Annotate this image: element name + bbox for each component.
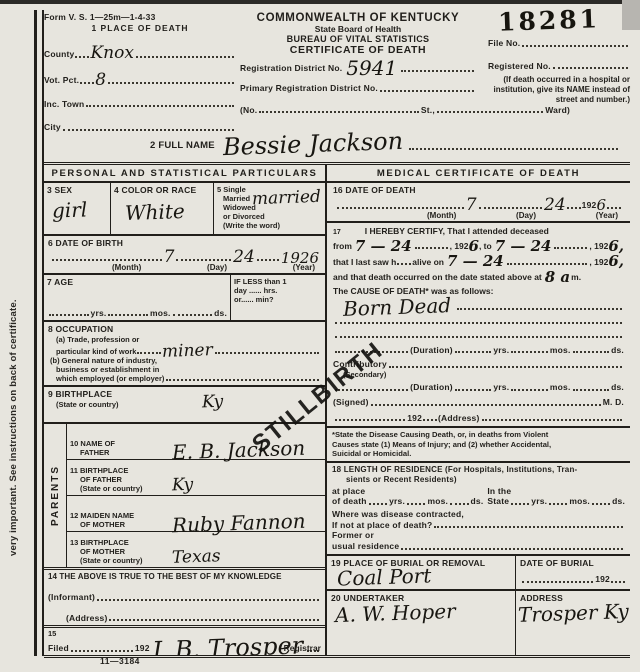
- father-birthplace-row: 11 BIRTHPLACE OF FATHER (State or countr…: [67, 460, 325, 496]
- dod-label: 16 DATE OF DEATH: [333, 185, 624, 196]
- res-mos-2: mos.: [569, 496, 590, 507]
- certify-from-line: from 7 — 24 , 192 6 , to 7 — 24 , 192 6,: [333, 240, 624, 252]
- certify-number: 17: [333, 229, 341, 236]
- birthplace-label: 9 BIRTHPLACE: [48, 389, 321, 400]
- street-no-label: (No.: [240, 105, 257, 116]
- header-section: Form V. S. 1—25m—1-4-33 1 PLACE OF DEATH…: [44, 8, 630, 162]
- footnote-line-3: Suicidal or Homicidal.: [332, 449, 625, 458]
- res-ds-1: ds.: [471, 496, 484, 507]
- footnote-line-1: *State the Disease Causing Death, or, in…: [332, 430, 625, 439]
- birthplace-sublabel: (State or country): [56, 400, 321, 409]
- filed-year-prefix: 192: [135, 643, 150, 654]
- dob-label: 6 DATE OF BIRTH: [48, 238, 321, 249]
- mother-birthplace-row: 13 BIRTHPLACE OF MOTHER (State or countr…: [67, 532, 325, 567]
- father-label-2: FATHER: [80, 448, 172, 457]
- city-label: City: [44, 122, 61, 133]
- mother-name-row: 12 MAIDEN NAME OF MOTHER Ruby Fannon: [67, 496, 325, 532]
- where-contracted-field: If not at place of death?: [332, 520, 625, 531]
- at-place-label-2: of death: [332, 496, 367, 507]
- file-no-label: File No.: [488, 38, 520, 49]
- race-cell: 4 COLOR OR RACE White: [110, 183, 213, 234]
- mother-label-2: OF MOTHER: [80, 520, 172, 529]
- marital-cell: 5 Single Married Widowed or Divorced (Wr…: [213, 183, 325, 234]
- res-yrs-1: yrs.: [389, 496, 405, 507]
- mother-name-value: Ruby Fannon: [172, 512, 306, 535]
- race-value: White: [125, 202, 185, 222]
- duration-mos: mos.: [550, 345, 571, 356]
- form-left-border: [34, 10, 44, 656]
- father-bp-label-3: (State or country): [80, 484, 172, 493]
- dob-values: 7 24 1926: [48, 250, 321, 263]
- former-residence-field: usual residence: [332, 541, 625, 552]
- informant-label: (Informant): [48, 592, 95, 603]
- cause-value-line: Born Dead: [333, 298, 624, 312]
- sex-race-marital-row: 3 SEX girl 4 COLOR OR RACE White 5 Singl…: [44, 183, 325, 236]
- certify-death-label: and that death occurred on the date stat…: [333, 272, 542, 282]
- age-yrs-label: yrs.: [91, 308, 107, 319]
- burial-date-field: 192: [520, 574, 626, 585]
- duration2-yrs: yrs.: [493, 382, 509, 393]
- certify-death-line: and that death occurred on the date stat…: [333, 271, 624, 283]
- occupation-b-line2: business or establishment in: [56, 365, 321, 374]
- sex-value: girl: [52, 200, 88, 219]
- street-ward-label: Ward): [545, 105, 570, 116]
- certify-from-year: 6: [469, 240, 479, 254]
- street-st-label: St.,: [421, 105, 435, 116]
- mother-bp-label-2: OF MOTHER: [80, 547, 172, 556]
- certify-from-value: 7 — 24: [355, 240, 412, 254]
- if-less-line-1: IF LESS than 1: [234, 277, 322, 286]
- residence-section: 18 LENGTH OF RESIDENCE (For Hospitals, I…: [327, 463, 630, 556]
- secondary-label: (Secondary): [343, 370, 624, 379]
- personal-title: PERSONAL AND STATISTICAL PARTICULARS: [44, 165, 325, 183]
- cause-blank-line-2: [333, 326, 624, 340]
- certify-year-printed-a: , 192: [450, 241, 469, 251]
- marital-label-4: or Divorced: [223, 212, 322, 221]
- filed-section: 15 Filed 192 J. B. Trosper Registrar: [44, 628, 325, 655]
- certify-saw-line: that I last saw h alive on 7 — 24 , 192 …: [333, 255, 624, 267]
- dob-day-value: 24: [233, 250, 255, 265]
- father-bp-label-1: 11 BIRTHPLACE: [70, 466, 172, 475]
- cause-footnote: *State the Disease Causing Death, or, in…: [327, 426, 630, 462]
- duration-label: (Duration): [410, 345, 453, 356]
- certify-intro-line: 17 I HEREBY CERTIFY, That I attended dec…: [333, 226, 624, 236]
- certify-death-time: 8 a: [545, 271, 570, 285]
- registration-district-value: 5941: [346, 59, 397, 77]
- informant-field: (Informant): [48, 592, 321, 603]
- age-ds-label: ds.: [214, 308, 227, 319]
- marital-label-5: (Write the word): [223, 221, 322, 230]
- certify-saw-year: 6,: [608, 255, 624, 269]
- dod-day-value: 24: [544, 198, 566, 213]
- voting-precinct-field: Vot. Pct. 8: [44, 73, 236, 86]
- dod-month-caption: (Month): [427, 211, 456, 220]
- certify-saw-mid: alive on: [412, 257, 444, 267]
- age-units-row: yrs. mos. ds.: [47, 308, 227, 319]
- father-bp-label-2: OF FATHER: [80, 475, 172, 484]
- occupation-a-value: miner: [162, 343, 213, 360]
- street-number-field: (No. St., Ward): [240, 105, 570, 116]
- registered-no-field: Registered No.: [488, 61, 630, 72]
- mother-birthplace-value: Texas: [172, 549, 221, 566]
- burial-date-label: DATE OF BURIAL: [520, 558, 626, 569]
- res-ds-2: ds.: [612, 496, 625, 507]
- attestation-statement: 14 THE ABOVE IS TRUE TO THE BEST OF MY K…: [48, 572, 321, 582]
- sex-cell: 3 SEX girl: [44, 183, 110, 234]
- duration2-ds: ds.: [611, 382, 624, 393]
- mother-label-1: 12 MAIDEN NAME: [70, 511, 172, 520]
- certificate-body: PERSONAL AND STATISTICAL PARTICULARS 3 S…: [44, 162, 630, 658]
- cause-of-death-value: Born Dead: [343, 297, 452, 319]
- margin-instructions: very important. See instructions on back…: [8, 299, 19, 556]
- res-mos-1: mos.: [427, 496, 448, 507]
- vot-pct-value: 8: [95, 73, 106, 88]
- undertaker-address-value: Trosper Ky: [518, 602, 629, 624]
- primary-registration-label: Primary Registration District No.: [240, 83, 378, 94]
- registered-no-label: Registered No.: [488, 61, 551, 72]
- duration2-label: (Duration): [410, 382, 453, 393]
- form-number: Form V. S. 1—25m—1-4-33: [44, 12, 236, 23]
- residence-label-2: sients or Recent Residents): [346, 475, 625, 485]
- duration-yrs: yrs.: [493, 345, 509, 356]
- where-contracted-label-1: Where was disease contracted,: [332, 509, 625, 520]
- county-value: Knox: [90, 46, 133, 61]
- race-label: 4 COLOR OR RACE: [114, 185, 210, 196]
- burial-place-value: Coal Port: [337, 566, 432, 587]
- vot-pct-label: Vot. Pct.: [44, 75, 79, 86]
- dob-year-caption: (Year): [293, 263, 315, 272]
- place-of-death-heading: 1 PLACE OF DEATH: [44, 23, 236, 34]
- certify-to-label: , to: [479, 241, 492, 251]
- filed-field: Filed 192 J. B. Trosper: [48, 638, 321, 654]
- dob-month-value: 7: [164, 250, 175, 265]
- md-label: M. D.: [603, 397, 624, 408]
- dod-year-caption: (Year): [596, 211, 618, 220]
- dod-day-caption: (Day): [516, 211, 536, 220]
- footnote-line-2: Causes state (1) Means of Injury; and (2…: [332, 440, 625, 449]
- full-name-field: 2 FULL NAME Bessie Jackson: [150, 134, 620, 152]
- occupation-a-line2: particular kind of work: [56, 347, 136, 356]
- scan-top-edge: [0, 0, 640, 4]
- parents-side-label: PARENTS: [44, 424, 67, 567]
- informant-address-field: (Address): [66, 613, 321, 624]
- if-less-line-3: or...... min?: [234, 295, 322, 304]
- residence-label-1: 18 LENGTH OF RESIDENCE (For Hospitals, I…: [332, 465, 625, 475]
- signed-address-line: 192 (Address): [333, 413, 624, 424]
- certificate-paper: very important. See instructions on back…: [0, 0, 640, 672]
- inc-town-label: Inc. Town: [44, 99, 84, 110]
- where-contracted-label-2: If not at place of death?: [332, 520, 432, 531]
- certify-death-m: m.: [571, 272, 581, 282]
- father-birthplace-value: Ky: [172, 477, 194, 493]
- if-less-line-2: day ...... hrs.: [234, 286, 322, 295]
- age-mos-label: mos.: [150, 308, 171, 319]
- attestation-section: 14 THE ABOVE IS TRUE TO THE BEST OF MY K…: [44, 570, 325, 628]
- dod-values: 7 24 192 6: [333, 198, 624, 211]
- form-print-code: 11—3184: [100, 656, 140, 666]
- full-name-label: 2 FULL NAME: [150, 140, 215, 152]
- commonwealth-title: COMMONWEALTH OF KENTUCKY: [240, 12, 476, 24]
- occupation-a-field: particular kind of work miner: [56, 344, 321, 356]
- certify-saw-value: 7 — 24: [447, 255, 504, 269]
- certify-year-printed-b: , 192: [589, 241, 608, 251]
- dob-month-caption: (Month): [112, 263, 141, 272]
- date-of-birth-section: 6 DATE OF BIRTH 7 24 1926 (Month) (Day) …: [44, 236, 325, 276]
- full-name-value: Bessie Jackson: [223, 131, 404, 159]
- duration-line-2: (Duration) yrs. mos. ds.: [333, 379, 624, 393]
- residence-duration-row: at place of death yrs. mos. ds. In the: [332, 486, 625, 507]
- burial-row: 19 PLACE OF BURIAL OR REMOVAL Coal Port …: [327, 556, 630, 591]
- informant-address-label: (Address): [66, 613, 107, 624]
- occupation-b-line3: which employed (or employer): [56, 374, 164, 383]
- marital-value: married: [252, 190, 321, 208]
- certify-section: 17 I HEREBY CERTIFY, That I attended dec…: [327, 223, 630, 299]
- duration-ds: ds.: [611, 345, 624, 356]
- county-label: County: [44, 49, 74, 60]
- dod-month-value: 7: [466, 198, 477, 213]
- mother-bp-label-1: 13 BIRTHPLACE: [70, 538, 172, 547]
- father-name-value: E. B. Jackson: [172, 439, 306, 462]
- certify-intro: I HEREBY CERTIFY, That I attended deceas…: [365, 226, 549, 236]
- medical-title: MEDICAL CERTIFICATE OF DEATH: [327, 165, 630, 183]
- in-the-label-1: In the: [487, 486, 625, 497]
- res-yrs-2: yrs.: [531, 496, 547, 507]
- sex-label: 3 SEX: [47, 185, 107, 196]
- dod-captions: (Month) (Day) (Year): [333, 211, 624, 220]
- date-of-death-section: 16 DATE OF DEATH 7 24 192 6 (Month) (Day…: [327, 183, 630, 223]
- inc-town-field: Inc. Town: [44, 99, 236, 110]
- signed-line: (Signed) M. D.: [333, 397, 624, 408]
- registrar-label: Registrar: [284, 643, 321, 653]
- age-section: 7 AGE yrs. mos. ds. IF LESS than 1 day .…: [44, 275, 325, 322]
- dob-day-caption: (Day): [207, 263, 227, 272]
- if-less-box: IF LESS than 1 day ...... hrs. or...... …: [230, 275, 325, 320]
- primary-registration-field: Primary Registration District No.: [240, 83, 476, 94]
- occupation-section: 8 OCCUPATION (a) Trade, profession or pa…: [44, 322, 325, 387]
- registration-district-field: Registration District No. 5941: [240, 59, 476, 74]
- certify-year-printed-c: , 192: [589, 257, 608, 267]
- filed-label: Filed: [48, 643, 69, 654]
- county-field: County Knox: [44, 46, 236, 59]
- occupation-b-field: which employed (or employer): [56, 374, 321, 383]
- occupation-label: 8 OCCUPATION: [48, 324, 321, 335]
- duration2-mos: mos.: [550, 382, 571, 393]
- father-label-1: 10 NAME OF: [70, 439, 172, 448]
- signed-year-prefix: 192: [407, 413, 422, 424]
- parents-section: PARENTS 10 NAME OF FATHER E. B. Jackson …: [44, 424, 325, 570]
- city-field: City: [44, 122, 236, 133]
- medical-column: MEDICAL CERTIFICATE OF DEATH 16 DATE OF …: [327, 165, 630, 655]
- dod-year-printed: 192: [582, 200, 597, 211]
- former-residence-label-2: usual residence: [332, 541, 399, 552]
- certify-to-value: 7 — 24: [495, 240, 552, 254]
- in-the-label-2: State: [487, 496, 509, 507]
- mother-bp-label-3: (State or country): [80, 556, 172, 565]
- burial-date-year: 192: [595, 574, 610, 585]
- bureau-subtitle: BUREAU OF VITAL STATISTICS: [240, 34, 476, 44]
- board-subtitle: State Board of Health: [240, 24, 476, 34]
- hospital-note: (If death occurred in a hospital or inst…: [488, 75, 630, 105]
- age-label: 7 AGE: [47, 277, 227, 288]
- undertaker-value: A. W. Hoper: [335, 601, 456, 623]
- at-place-label-1: at place: [332, 486, 483, 497]
- signed-address-label: (Address): [438, 413, 479, 424]
- birthplace-value: Ky: [202, 395, 224, 411]
- certify-to-year: 6,: [608, 240, 624, 254]
- registrar-signature: J. B. Trosper: [151, 636, 303, 655]
- certificate-title: CERTIFICATE OF DEATH: [240, 44, 476, 56]
- former-residence-label-1: Former or: [332, 530, 625, 541]
- undertaker-row: 20 UNDERTAKER A. W. Hoper ADDRESS Trospe…: [327, 591, 630, 656]
- certify-from-label: from: [333, 241, 352, 251]
- file-no-field: File No.: [488, 38, 630, 49]
- parents-label: PARENTS: [50, 465, 61, 526]
- registration-district-label: Registration District No.: [240, 63, 342, 74]
- certify-saw-label: that I last saw h: [333, 257, 396, 267]
